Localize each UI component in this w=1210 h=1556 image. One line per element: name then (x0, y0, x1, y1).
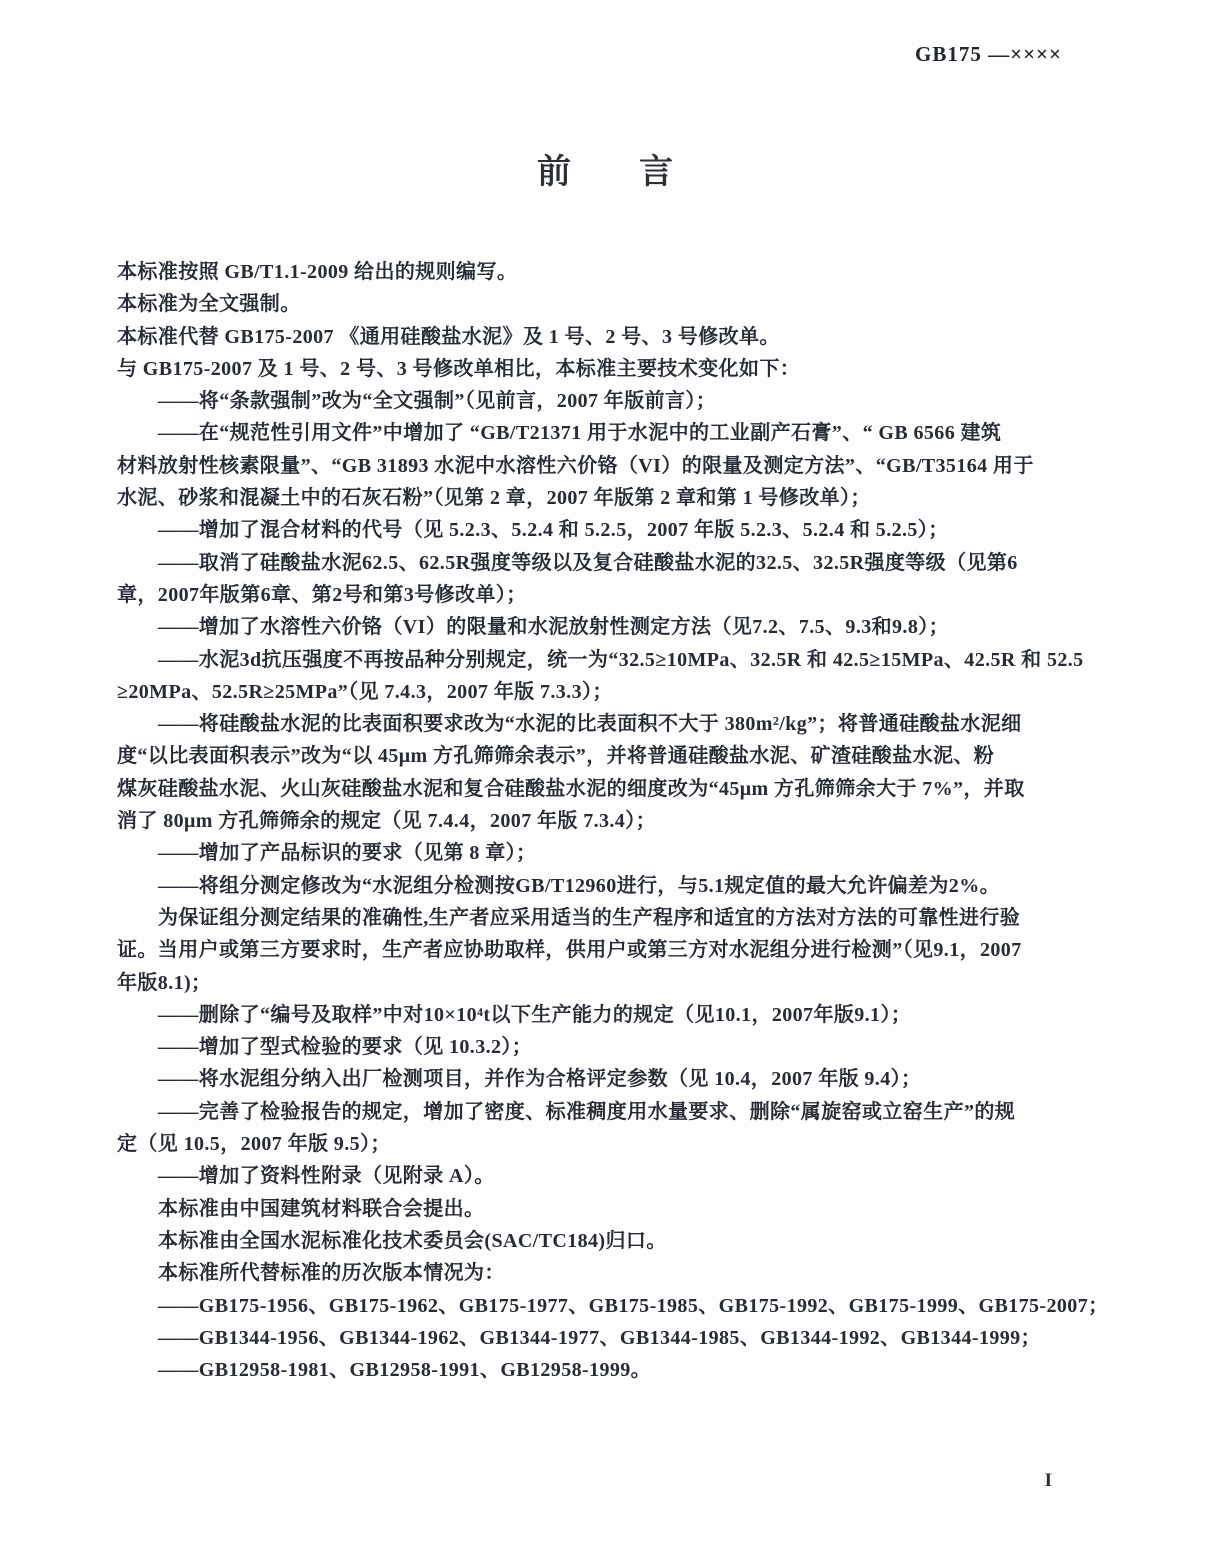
text-line: ——在“规范性引用文件”中增加了 “GB/T21371 用于水泥中的工业副产石膏… (117, 417, 1097, 449)
text-line: ——将组分测定修改为“水泥组分检测按GB/T12960进行，与5.1规定值的最大… (117, 870, 1097, 902)
text-line: ——GB12958-1981、GB12958-1991、GB12958-1999… (117, 1354, 1097, 1386)
text-line: ——取消了硅酸盐水泥62.5、62.5R强度等级以及复合硅酸盐水泥的32.5、3… (117, 547, 1097, 579)
text-line: 本标准所代替标准的历次版本情况为： (117, 1257, 1097, 1289)
text-line: ——将水泥组分纳入出厂检测项目，并作为合格评定参数（见 10.4，2007 年版… (117, 1063, 1097, 1095)
text-line: ——删除了“编号及取样”中对10×10⁴t以下生产能力的规定（见10.1，200… (117, 999, 1097, 1031)
text-line: ——完善了检验报告的规定，增加了密度、标准稠度用水量要求、删除“属旋窑或立窑生产… (117, 1096, 1097, 1128)
text-line: ——增加了产品标识的要求（见第 8 章）； (117, 837, 1097, 869)
standard-code: GB175 —×××× (915, 42, 1062, 67)
text-line: ——将“条款强制”改为“全文强制”（见前言，2007 年版前言）； (117, 385, 1097, 417)
page-title: 前 言 (0, 144, 1210, 193)
text-line: 材料放射性核素限量”、“GB 31893 水泥中水溶性六价铬（VI）的限量及测定… (117, 450, 1097, 482)
text-line: 本标准代替 GB175-2007 《通用硅酸盐水泥》及 1 号、2 号、3 号修… (117, 321, 1097, 353)
text-line: 消了 80μm 方孔筛筛余的规定（见 7.4.4，2007 年版 7.3.4）； (117, 805, 1097, 837)
text-line: 与 GB175-2007 及 1 号、2 号、3 号修改单相比，本标准主要技术变… (117, 353, 1097, 385)
text-line: ——GB175-1956、GB175-1962、GB175-1977、GB175… (117, 1290, 1097, 1322)
text-line: 本标准为全文强制。 (117, 288, 1097, 320)
text-line: 定（见 10.5，2007 年版 9.5）； (117, 1128, 1097, 1160)
text-line: ——GB1344-1956、GB1344-1962、GB1344-1977、GB… (117, 1322, 1097, 1354)
text-line: 年版8.1)； (117, 967, 1097, 999)
text-line: 本标准由中国建筑材料联合会提出。 (117, 1193, 1097, 1225)
text-line: ≥20MPa、52.5R≥25MPa”（见 7.4.3，2007 年版 7.3.… (117, 676, 1097, 708)
text-line: 本标准由全国水泥标准化技术委员会(SAC/TC184)归口。 (117, 1225, 1097, 1257)
text-line: ——增加了混合材料的代号（见 5.2.3、5.2.4 和 5.2.5，2007 … (117, 514, 1097, 546)
text-line: ——增加了型式检验的要求（见 10.3.2）； (117, 1031, 1097, 1063)
text-line: 本标准按照 GB/T1.1-2009 给出的规则编写。 (117, 256, 1097, 288)
text-line: ——增加了资料性附录（见附录 A）。 (117, 1160, 1097, 1192)
text-line: ——水泥3d抗压强度不再按品种分别规定，统一为“32.5≥10MPa、32.5R… (117, 644, 1097, 676)
text-line: ——将硅酸盐水泥的比表面积要求改为“水泥的比表面积不大于 380m²/kg”；将… (117, 708, 1097, 740)
text-line: 章，2007年版第6章、第2号和第3号修改单）； (117, 579, 1097, 611)
text-line: 度“以比表面积表示”改为“以 45μm 方孔筛筛余表示”，并将普通硅酸盐水泥、矿… (117, 740, 1097, 772)
foreword-lines: 本标准按照 GB/T1.1-2009 给出的规则编写。本标准为全文强制。本标准代… (117, 256, 1097, 1386)
page-number: I (1045, 1470, 1052, 1492)
text-line: 水泥、砂浆和混凝土中的石灰石粉”（见第 2 章，2007 年版第 2 章和第 1… (117, 482, 1097, 514)
text-line: 煤灰硅酸盐水泥、火山灰硅酸盐水泥和复合硅酸盐水泥的细度改为“45μm 方孔筛筛余… (117, 773, 1097, 805)
text-line: 为保证组分测定结果的准确性,生产者应采用适当的生产程序和适宜的方法对方法的可靠性… (117, 902, 1097, 934)
text-line: ——增加了水溶性六价铬（VI）的限量和水泥放射性测定方法（见7.2、7.5、9.… (117, 611, 1097, 643)
text-line: 证。当用户或第三方要求时，生产者应协助取样，供用户或第三方对水泥组分进行检测”（… (117, 934, 1097, 966)
document-page: GB175 —×××× 前 言 本标准按照 GB/T1.1-2009 给出的规则… (0, 0, 1210, 1556)
